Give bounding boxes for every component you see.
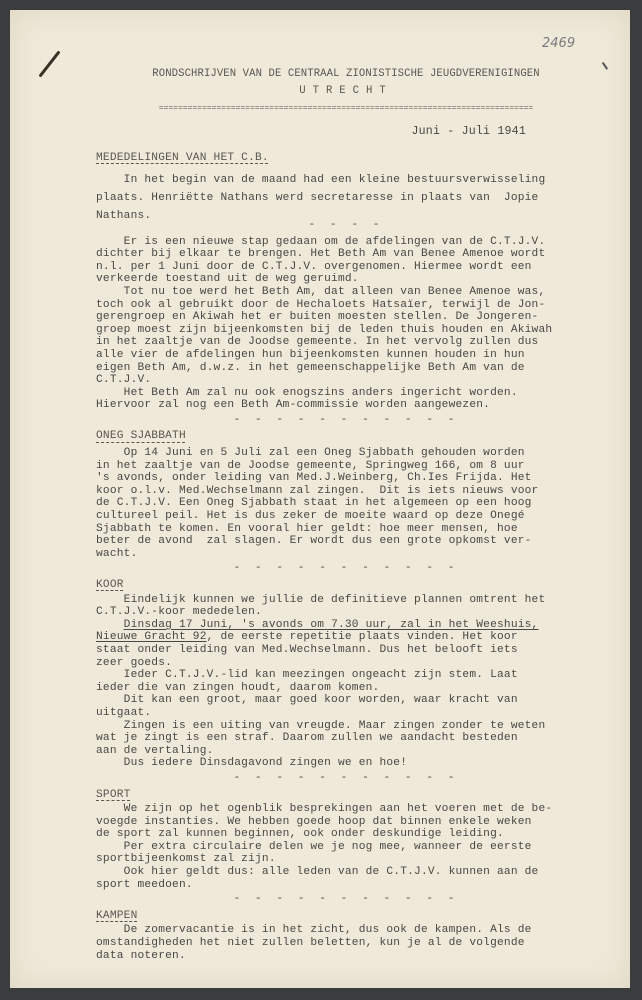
underlined-address-text: Nieuwe Gracht 92 <box>96 631 207 643</box>
text-line: De zomervacantie is in het zicht, dus oo… <box>96 924 596 937</box>
text-line: Dit kan een groot, maar goed koor worden… <box>96 694 596 707</box>
text-line: plaats. Henriëtte Nathans werd secretare… <box>96 189 596 207</box>
text-line: C.T.J.V. <box>96 374 596 387</box>
text-line: zeer goeds. <box>96 657 596 670</box>
text-line: wat je zingt is een straf. Daarom zullen… <box>96 732 596 745</box>
document-body: RONDSCHRIJVEN VAN DE CENTRAAL ZIONISTISC… <box>96 68 596 962</box>
text-line: n.l. per 1 Juni door de C.T.J.V. overgen… <box>96 261 596 274</box>
archive-number: 2469 <box>542 36 575 51</box>
text-line: toch ook al gebruikt door de Hechaloets … <box>96 299 596 312</box>
text-line: Per extra circulaire delen we je nog mee… <box>96 841 596 854</box>
text-line: cultureel peil. Het is dus zeker de moei… <box>96 510 596 523</box>
text-line: omstandigheden het niet zullen beletten,… <box>96 937 596 950</box>
pencil-tick-mark <box>602 62 608 69</box>
text-line: verkeerde toestand uit de weg geruimd. <box>96 273 596 286</box>
section-separator: - - - - - - - - - - - <box>96 562 596 575</box>
text-line: alle vier de afdelingen hun bijeenkomste… <box>96 349 596 362</box>
text-line: in het zaaltje van de Joodse gemeente. I… <box>96 336 596 349</box>
text-line: Zingen is een uiting van vreugde. Maar z… <box>96 720 596 733</box>
section-heading-oneg-sjabbath: ONEG SJABBATH <box>96 430 596 443</box>
section-separator: - - - - - - - - - - - <box>96 772 596 785</box>
text-line: 's avonds, onder leiding van Med.J.Weinb… <box>96 472 596 485</box>
text-line: voegde instanties. We hebben goede hoop … <box>96 816 596 829</box>
text-line: sport meedoen. <box>96 879 596 892</box>
section-separator: - - - - - - - - - - - <box>96 414 596 427</box>
text-line: in het zaaltje van de Joodse gemeente, S… <box>96 460 596 473</box>
text-span: , de eerste repetitie plaats vinden. Het… <box>207 631 518 643</box>
text-line: Het Beth Am zal nu ook enogszins anders … <box>96 387 596 400</box>
document-title: RONDSCHRIJVEN VAN DE CENTRAAL ZIONISTISC… <box>96 68 596 81</box>
section-heading-cb: MEDEDELINGEN VAN HET C.B. <box>96 152 269 165</box>
text-line: data noteren. <box>96 950 596 963</box>
text-line: beter de avond zal slagen. Er wordt dus … <box>96 535 596 548</box>
text-line: Ieder C.T.J.V.-lid kan meezingen ongeach… <box>96 669 596 682</box>
text-line: koor o.l.v. Med.Wechselmann zal zingen. … <box>96 485 596 498</box>
text-line: Hiervoor zal nog een Beth Am-commissie w… <box>96 399 596 412</box>
title-rule: ========================================… <box>96 103 596 116</box>
text-line: In het begin van de maand had een kleine… <box>96 171 596 189</box>
section-cb-body: Er is een nieuwe stap gedaan om de afdel… <box>96 236 596 412</box>
section-kampen-body: De zomervacantie is in het zicht, dus oo… <box>96 924 596 962</box>
text-line: eigen Beth Am, d.w.z. in het gemeenschap… <box>96 362 596 375</box>
text-line: dichter bij elkaar te brengen. Het Beth … <box>96 248 596 261</box>
underlined-date-text: Dinsdag 17 Juni, 's avonds om 7.30 uur, … <box>124 619 539 631</box>
text-line: de C.T.J.V. Een Oneg Sjabbath staat in h… <box>96 497 596 510</box>
text-line: C.T.J.V.-koor mededelen. <box>96 606 596 619</box>
text-line: de sport zal kunnen beginnen, ook onder … <box>96 828 596 841</box>
section-koor-body: Eindelijk kunnen we jullie de definitiev… <box>96 594 596 770</box>
document-date: Juni - Juli 1941 <box>96 126 596 139</box>
section-heading-kampen: KAMPEN <box>96 910 596 923</box>
text-line: Op 14 Juni en 5 Juli zal een Oneg Sjabba… <box>96 447 596 460</box>
text-line: Sjabbath te komen. En vooral hier geldt:… <box>96 523 596 536</box>
text-line: ieder die van zingen houdt, daarom komen… <box>96 682 596 695</box>
pen-mark <box>38 50 60 77</box>
text-line: Dus iedere Dinsdagavond zingen we en hoe… <box>96 757 596 770</box>
text-line: staat onder leiding van Med.Wechselmann.… <box>96 644 596 657</box>
text-line: Tot nu toe werd het Beth Am, dat alleen … <box>96 286 596 299</box>
document-city: UTRECHT <box>96 85 596 98</box>
section-oneg-body: Op 14 Juni en 5 Juli zal een Oneg Sjabba… <box>96 447 596 560</box>
section-heading-koor: KOOR <box>96 579 596 592</box>
text-line: wacht. <box>96 548 596 561</box>
text-line: We zijn op het ogenblik besprekingen aan… <box>96 803 596 816</box>
text-line: Nieuwe Gracht 92, de eerste repetitie pl… <box>96 631 596 644</box>
section-cb-intro: In het begin van de maand had een kleine… <box>96 171 596 225</box>
section-heading-sport: SPORT <box>96 789 596 802</box>
short-separator: - - - - <box>96 219 596 232</box>
text-line: groep moest zijn bijeenkomsten bij de le… <box>96 324 596 337</box>
text-line: gerengroep en Akiwah het er buiten moest… <box>96 311 596 324</box>
text-line: Dinsdag 17 Juni, 's avonds om 7.30 uur, … <box>96 619 596 632</box>
text-line: Er is een nieuwe stap gedaan om de afdel… <box>96 236 596 249</box>
text-line: Ook hier geldt dus: alle leden van de C.… <box>96 866 596 879</box>
text-line: aan de vertaling. <box>96 745 596 758</box>
section-sport-body: We zijn op het ogenblik besprekingen aan… <box>96 803 596 891</box>
text-line: uitgaat. <box>96 707 596 720</box>
text-line: Eindelijk kunnen we jullie de definitiev… <box>96 594 596 607</box>
section-separator: - - - - - - - - - - - <box>96 893 596 906</box>
text-line: sportbijeenkomst zal zijn. <box>96 853 596 866</box>
